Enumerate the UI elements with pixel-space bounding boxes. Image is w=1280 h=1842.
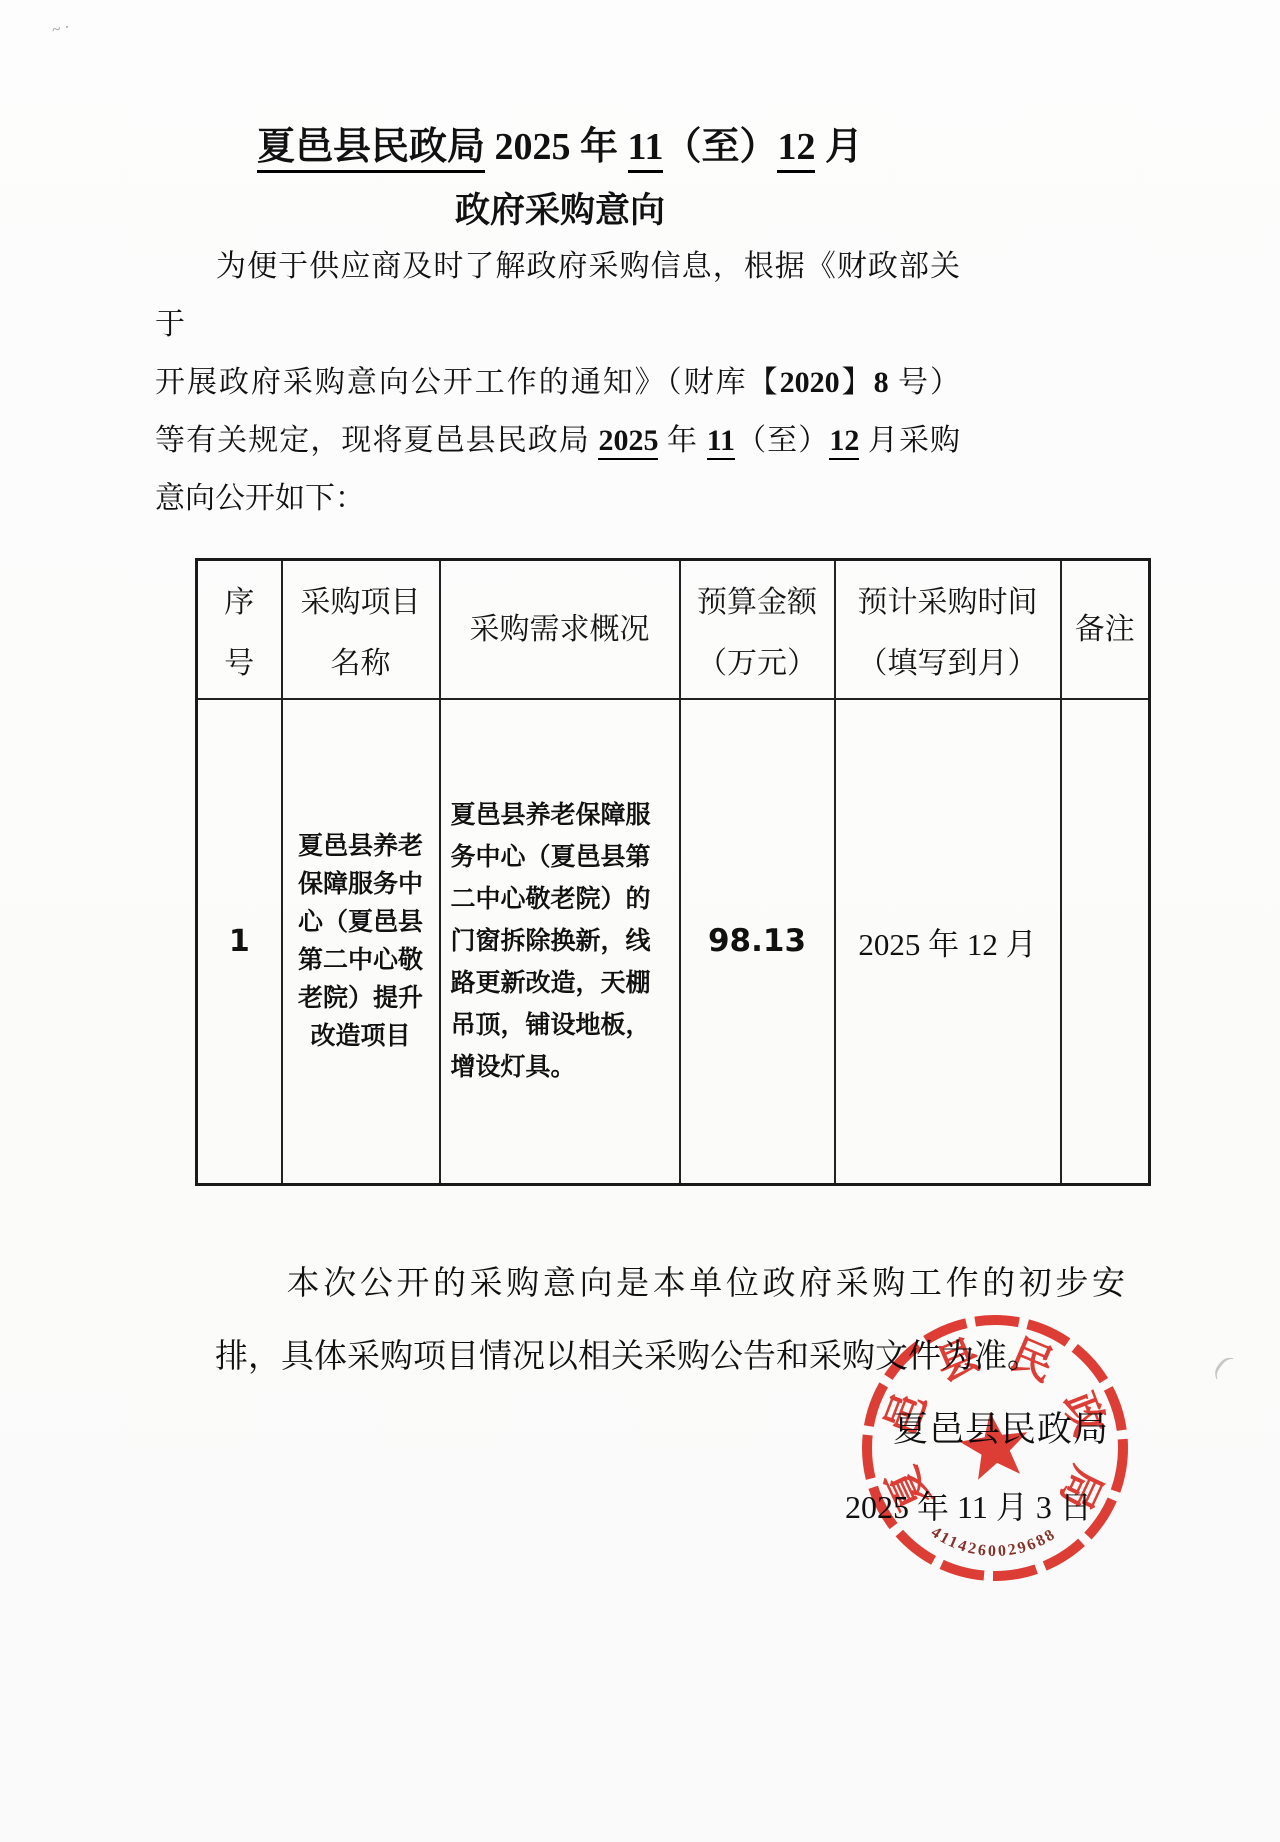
seal-char-3: 县 bbox=[930, 1332, 987, 1391]
title-year-segment: 2025 年 bbox=[485, 126, 628, 168]
header-summary: 采购需求概况 bbox=[440, 560, 680, 700]
title-month-from-underlined: 11 bbox=[628, 126, 664, 173]
header-budget-line2: （万元） bbox=[681, 638, 834, 682]
title-month-char: 月 bbox=[815, 126, 863, 168]
scan-pencil-artifact: ( bbox=[1209, 1349, 1238, 1382]
doc-number-year: 2020 bbox=[780, 366, 840, 399]
cell-summary: 夏邑县养老保障服务中心（夏邑县第二中心敬老院）的门窗拆除换新，线路更新改造，天棚… bbox=[440, 699, 680, 1184]
seal-char-2: 邑 bbox=[878, 1386, 936, 1442]
title-org-underlined: 夏邑县民政局 bbox=[257, 126, 485, 173]
header-project-name: 采购项目 名称 bbox=[282, 560, 440, 700]
title-zhi-segment: （至） bbox=[663, 126, 777, 168]
title-month-to-underlined: 12 bbox=[777, 126, 815, 173]
header-budget-line1: 预算金额 bbox=[681, 577, 834, 621]
intro-line-2-bracket: 】 bbox=[840, 366, 874, 399]
header-time-line2: （填写到月） bbox=[836, 638, 1060, 682]
body-zhi-segment: （至） bbox=[735, 424, 829, 457]
body-month-to-underlined: 12 bbox=[829, 424, 859, 460]
cell-seq-no: 1 bbox=[197, 699, 282, 1184]
scan-corner-artifact: ~· bbox=[50, 18, 75, 40]
intro-paragraph: 为便于供应商及时了解政府采购信息，根据《财政部关于 开展政府采购意向公开工作的通… bbox=[155, 238, 960, 528]
header-project-line2: 名称 bbox=[283, 638, 439, 682]
document-title-line2: 政府采购意向 bbox=[0, 188, 1120, 234]
seal-number-text: 4114260029688 bbox=[928, 1524, 1060, 1560]
seal-star-icon bbox=[956, 1408, 1033, 1482]
intro-line-2: 开展政府采购意向公开工作的通知》（财库【2020】8 号） bbox=[155, 354, 960, 412]
header-seq: 序 号 bbox=[197, 560, 282, 700]
header-project-line1: 采购项目 bbox=[283, 577, 439, 621]
body-month-from-underlined: 11 bbox=[707, 424, 735, 460]
intro-line-1-text: 为便于供应商及时了解政府采购信息，根据《财政部关于 bbox=[155, 250, 960, 341]
header-time: 预计采购时间 （填写到月） bbox=[835, 560, 1061, 700]
closing-line-1-text: 本次公开的采购意向是本单位政府采购工作的初步安 bbox=[283, 1266, 1125, 1302]
cell-time: 2025 年 12 月 bbox=[835, 699, 1061, 1184]
official-seal: 夏 邑 县 民 政 局 4114260029688 bbox=[845, 1298, 1145, 1598]
seal-char-5: 政 bbox=[1054, 1386, 1113, 1442]
intro-line-1: 为便于供应商及时了解政府采购信息，根据《财政部关于 bbox=[155, 238, 960, 354]
seal-number: 4114260029688 bbox=[928, 1524, 1060, 1560]
header-budget: 预算金额 （万元） bbox=[680, 560, 835, 700]
cell-project-name: 夏邑县养老保障服务中心（夏邑县第二中心敬老院）提升改造项目 bbox=[282, 699, 440, 1184]
intro-line-3: 等有关规定，现将夏邑县民政局 2025 年 11（至）12 月采购 bbox=[155, 412, 960, 470]
intro-line-3-text: 等有关规定，现将夏邑县民政局 bbox=[155, 424, 598, 457]
body-year-char: 年 bbox=[658, 424, 706, 457]
table-header-row: 序 号 采购项目 名称 采购需求概况 预算金额 （万元） bbox=[197, 560, 1150, 700]
intro-line-2-tail: 号） bbox=[889, 366, 960, 399]
intro-line-2-text: 开展政府采购意向公开工作的通知》（财库【 bbox=[155, 366, 780, 399]
intro-line-4: 意向公开如下： bbox=[155, 470, 960, 528]
document-page: ~· 夏邑县民政局 2025 年 11（至）12 月 政府采购意向 为便于供应商… bbox=[0, 0, 1280, 1842]
body-year-underlined: 2025 bbox=[598, 424, 658, 460]
doc-number-no: 8 bbox=[874, 366, 889, 399]
header-seq-line2: 号 bbox=[198, 638, 281, 682]
table-data-row: 1 夏邑县养老保障服务中心（夏邑县第二中心敬老院）提升改造项目 夏邑县养老保障服… bbox=[197, 699, 1150, 1184]
cell-budget: 98.13 bbox=[680, 699, 835, 1184]
cell-note bbox=[1061, 699, 1150, 1184]
seal-graphic: 夏 邑 县 民 政 局 4114260029688 bbox=[867, 1320, 1123, 1576]
header-note-text: 备注 bbox=[1062, 561, 1149, 698]
document-title-line1: 夏邑县民政局 2025 年 11（至）12 月 bbox=[0, 124, 1120, 170]
header-time-line1: 预计采购时间 bbox=[836, 577, 1060, 621]
header-note: 备注 bbox=[1061, 560, 1150, 700]
header-seq-line1: 序 bbox=[198, 577, 281, 621]
seal-char-4: 民 bbox=[1003, 1332, 1060, 1391]
procurement-intent-table: 序 号 采购项目 名称 采购需求概况 预算金额 （万元） bbox=[195, 558, 1151, 1186]
body-month-tail: 月采购 bbox=[859, 424, 960, 457]
seal-char-1: 夏 bbox=[879, 1459, 939, 1517]
seal-char-6: 局 bbox=[1050, 1459, 1109, 1517]
header-summary-text: 采购需求概况 bbox=[441, 561, 679, 698]
